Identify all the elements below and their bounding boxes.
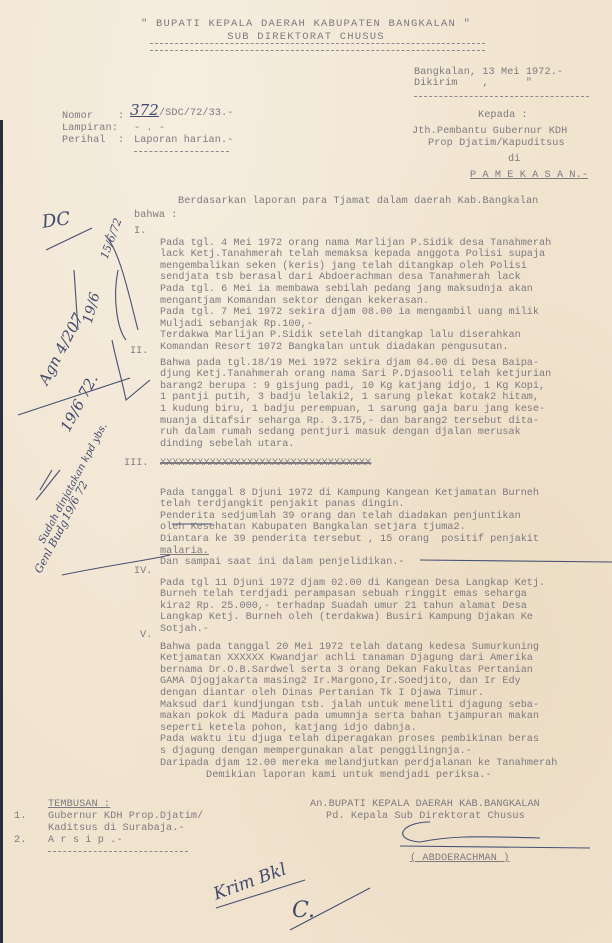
section-line: Pada waktu itu djuga telah diperagakan p… [160, 734, 557, 746]
scan-edge [0, 120, 3, 943]
letterhead-divider [150, 43, 485, 51]
section-line: Pada tgl. 6 Mei ia membawa sebilah pedan… [160, 284, 551, 296]
lampiran-label: Lampiran: [62, 123, 118, 135]
section-line: GAMA Djogjakarta masing2 Ir.Margono,Ir.S… [160, 676, 557, 688]
section-line: seperti ketela pohon, katjang idjo dabnj… [160, 723, 557, 735]
section-number: V. [140, 630, 152, 641]
cc-num: 1. [14, 811, 26, 823]
section-line: oleh Kesehatan Kabupaten Bangkalan setja… [160, 522, 539, 534]
signatory-name: ( ABDOERACHMAN ) [410, 853, 509, 865]
addressee-line-3: di [508, 154, 520, 166]
section-line: barang2 berupa : 9 gisjung padi, 10 Kg k… [160, 381, 551, 393]
perihal-label: Perihal [62, 135, 106, 147]
addressee-city: P A M E K A S A N.- [470, 170, 588, 182]
perihal-colon: : [118, 135, 124, 147]
handwritten-agenda: Agn 4/207 [35, 310, 88, 387]
section-line: Pada tanggal 8 Djuni 1972 di Kampung Kan… [160, 488, 539, 500]
section-line: Pada tgl. 4 Mei 1972 orang nama Marlijan… [160, 238, 551, 250]
section-line: Pada tgl 11 Djuni 1972 djam 02.00 di Kan… [160, 578, 545, 590]
section-line: Terdakwa Marlijan P.Sidik setelah ditang… [160, 330, 551, 342]
section-line: kira2 Rp. 25.000,- terhadap Suadah umur … [160, 601, 545, 613]
section-line: Daripada djam 12.00 mereka melandjutkan … [160, 758, 557, 770]
nomor-label: Nomor [62, 111, 93, 123]
cc-item: Gubernur KDH Prop.Djatim/ [48, 811, 203, 823]
section-line: djung Ketj.Tanahmerah orang nama Sari P.… [160, 369, 551, 381]
cc-label: TEMBUSAN : [48, 799, 110, 811]
lampiran-value: - . - [134, 123, 165, 135]
sent-line: Dikirim , " [414, 78, 532, 90]
cc-item: A r s i p .- [48, 835, 123, 847]
section-line: Burneh telah terdjadi perampasan sebuah … [160, 589, 545, 601]
handwritten-dc: DC [41, 208, 72, 233]
intro-line-1: Berdasarkan laporan para Tjamat dalam da… [178, 196, 538, 208]
section-line: Penderita sedjumlah 39 orang dan telah d… [160, 511, 539, 523]
section-line: Bahwa pada tanggal 20 Mei 1972 telah dat… [160, 642, 557, 654]
addressee-label: Kepada : [478, 110, 528, 122]
cc-num: 2. [14, 835, 26, 847]
addressee-line-1: Jth.Pembantu Gubernur KDH [412, 126, 567, 138]
section-line: bernama Dr.O.B.Sardwel serta 3 orang Dek… [160, 665, 557, 677]
section-line: mengembalikan seken (keris) jang telah d… [160, 261, 551, 273]
section-line: dengan diantar oleh Dinas Pertanian Tk I… [160, 688, 557, 700]
nomor-value: 372/SDC/72/33.- [130, 105, 234, 120]
section-line: Ketjamatan XXXXXX Kwandjar achli tanaman… [160, 653, 557, 665]
section-line: dinding sebelah utara. [160, 439, 551, 451]
section-line: ruh dalam rumah sedang pentjuri masuk de… [160, 427, 551, 439]
letterhead-line-1: " BUPATI KEPALA DAERAH KABUPATEN BANGKAL… [0, 18, 612, 30]
section-ii: Bahwa pada tgl.18/19 Mei 1972 sekira dja… [160, 346, 551, 462]
signature-line-2: Pd. Kepala Sub Direktorat Chusus [326, 811, 525, 823]
place-date: Bangkalan, 13 Mei 1972.- [414, 67, 563, 79]
handwritten-initial: C. [292, 898, 315, 923]
nomor-typed: /SDC/72/33.- [159, 108, 234, 119]
nomor-handwritten: 372 [130, 101, 159, 119]
section-i: Pada tgl. 4 Mei 1972 orang nama Marlijan… [160, 226, 551, 365]
cc-item-cont: Kaditsus di Surabaja.- [48, 823, 185, 835]
handwritten-krim: Krim Bkl [211, 860, 289, 905]
section-iii: Pada tanggal 8 Djuni 1972 di Kampung Kan… [160, 476, 539, 580]
section-line: makan pokok di Madura pada umumnja serta… [160, 711, 557, 723]
letterhead-line-2: SUB DIREKTORAT CHUSUS [0, 31, 612, 43]
section-v: Bahwa pada tanggal 20 Mei 1972 telah dat… [160, 630, 557, 781]
handwritten-date-3: 19/6 72. [57, 371, 102, 434]
handwritten-date-1: 15/6/72 [98, 216, 125, 260]
closing-line: Demikian laporan kami untuk mendjadi per… [206, 770, 492, 782]
section-line: 1 pantji putih, 3 badju lelaki2, 1 sarun… [160, 392, 551, 404]
intro-line-2: bahwa : [134, 210, 178, 222]
section-line: Bahwa pada tgl.18/19 Mei 1972 sekira dja… [160, 358, 551, 370]
section-line: sendjata tsb berasal dari Abdoerachman d… [160, 272, 551, 284]
section-line: s djagung dengan mempergunakan alat peng… [160, 746, 557, 758]
section-line: telah terdjangkit penjakit panas dingin. [160, 499, 539, 511]
section-number: III. [124, 458, 148, 469]
date-divider [414, 96, 589, 97]
section-number: IV. [134, 566, 152, 577]
handwritten-disposition: Sudah dinjatakan kpd ybs. [37, 422, 110, 546]
section-line: Langkap Ketj. Burneh oleh (terdakwa) Bus… [160, 612, 545, 624]
addressee-line-2: Prop Djatim/Kapuditsus [428, 138, 565, 150]
section-line: malaria. [160, 546, 539, 558]
cc-divider [48, 851, 188, 852]
section-line: mengantjam Komandan sektor dengan kekera… [160, 296, 551, 308]
section-line: Diantara ke 39 penderita tersebut , 15 o… [160, 534, 539, 546]
perihal-underline [134, 151, 229, 152]
struck-heading: XXXXXXXXXXXXXXXXXXXXXXXXXXXXXXXXXX [160, 458, 371, 470]
perihal-value: Laporan harian.- [134, 135, 233, 147]
signature [403, 822, 540, 842]
section-line: Muljadi sebanjak Rp.100,- [160, 319, 551, 331]
section-number: II. [130, 346, 148, 357]
section-line: Maksud dari kundjungan tsb. jalah untuk … [160, 700, 557, 712]
nomor-colon: : [118, 111, 124, 123]
section-line: lack Ketj.Tanahmerah telah memaksa kepad… [160, 249, 551, 261]
section-line: 1 kudung biru, 1 badju perempuan, 1 saru… [160, 404, 551, 416]
section-number: I. [134, 226, 146, 237]
section-line: Pada tgl. 7 Mei 1972 sekira djam 08.00 i… [160, 307, 551, 319]
section-line: muanja ditafsir seharga Rp. 3.175,- dan … [160, 416, 551, 428]
signature-line-1: An.BUPATI KEPALA DAERAH KAB.BANGKALAN [310, 799, 540, 811]
